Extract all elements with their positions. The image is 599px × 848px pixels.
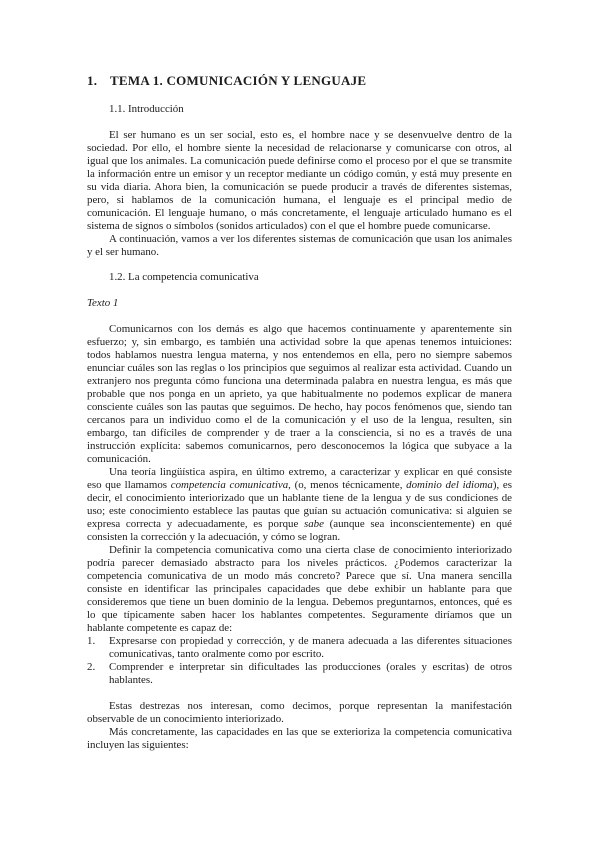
paragraph-intro-2: A continuación, vamos a ver los diferent… <box>87 233 512 259</box>
section-heading-1-2: 1.2. La competencia comunicativa <box>87 271 512 284</box>
list-item-number: 1. <box>87 635 95 648</box>
competent-speaker-list: 1. Expresarse con propiedad y corrección… <box>87 635 512 687</box>
texto-1-label: Texto 1 <box>87 297 512 310</box>
list-item-text: Comprender e interpretar sin dificultade… <box>109 661 512 686</box>
paragraph-closing-1: Estas destrezas nos interesan, como deci… <box>87 700 512 726</box>
list-item-text: Expresarse con propiedad y corrección, y… <box>109 635 512 660</box>
paragraph-closing-2: Más concretamente, las capacidades en la… <box>87 726 512 752</box>
document-page: 1. TEMA 1. COMUNICACIÓN Y LENGUAJE 1.1. … <box>0 0 599 848</box>
paragraph-texto-1: Comunicarnos con los demás es algo que h… <box>87 323 512 466</box>
paragraph-texto-2: Una teoría lingüística aspira, en último… <box>87 466 512 544</box>
list-item: 2. Comprender e interpretar sin dificult… <box>87 661 512 687</box>
title-number: 1. <box>87 73 110 89</box>
section-heading-1-1: 1.1. Introducción <box>87 103 512 116</box>
title-text: TEMA 1. COMUNICACIÓN Y LENGUAJE <box>110 73 366 89</box>
document-title: 1. TEMA 1. COMUNICACIÓN Y LENGUAJE <box>87 73 512 89</box>
list-item: 1. Expresarse con propiedad y corrección… <box>87 635 512 661</box>
list-item-number: 2. <box>87 661 95 674</box>
paragraph-texto-3: Definir la competencia comunicativa como… <box>87 544 512 635</box>
paragraph-intro-1: El ser humano es un ser social, esto es,… <box>87 129 512 233</box>
